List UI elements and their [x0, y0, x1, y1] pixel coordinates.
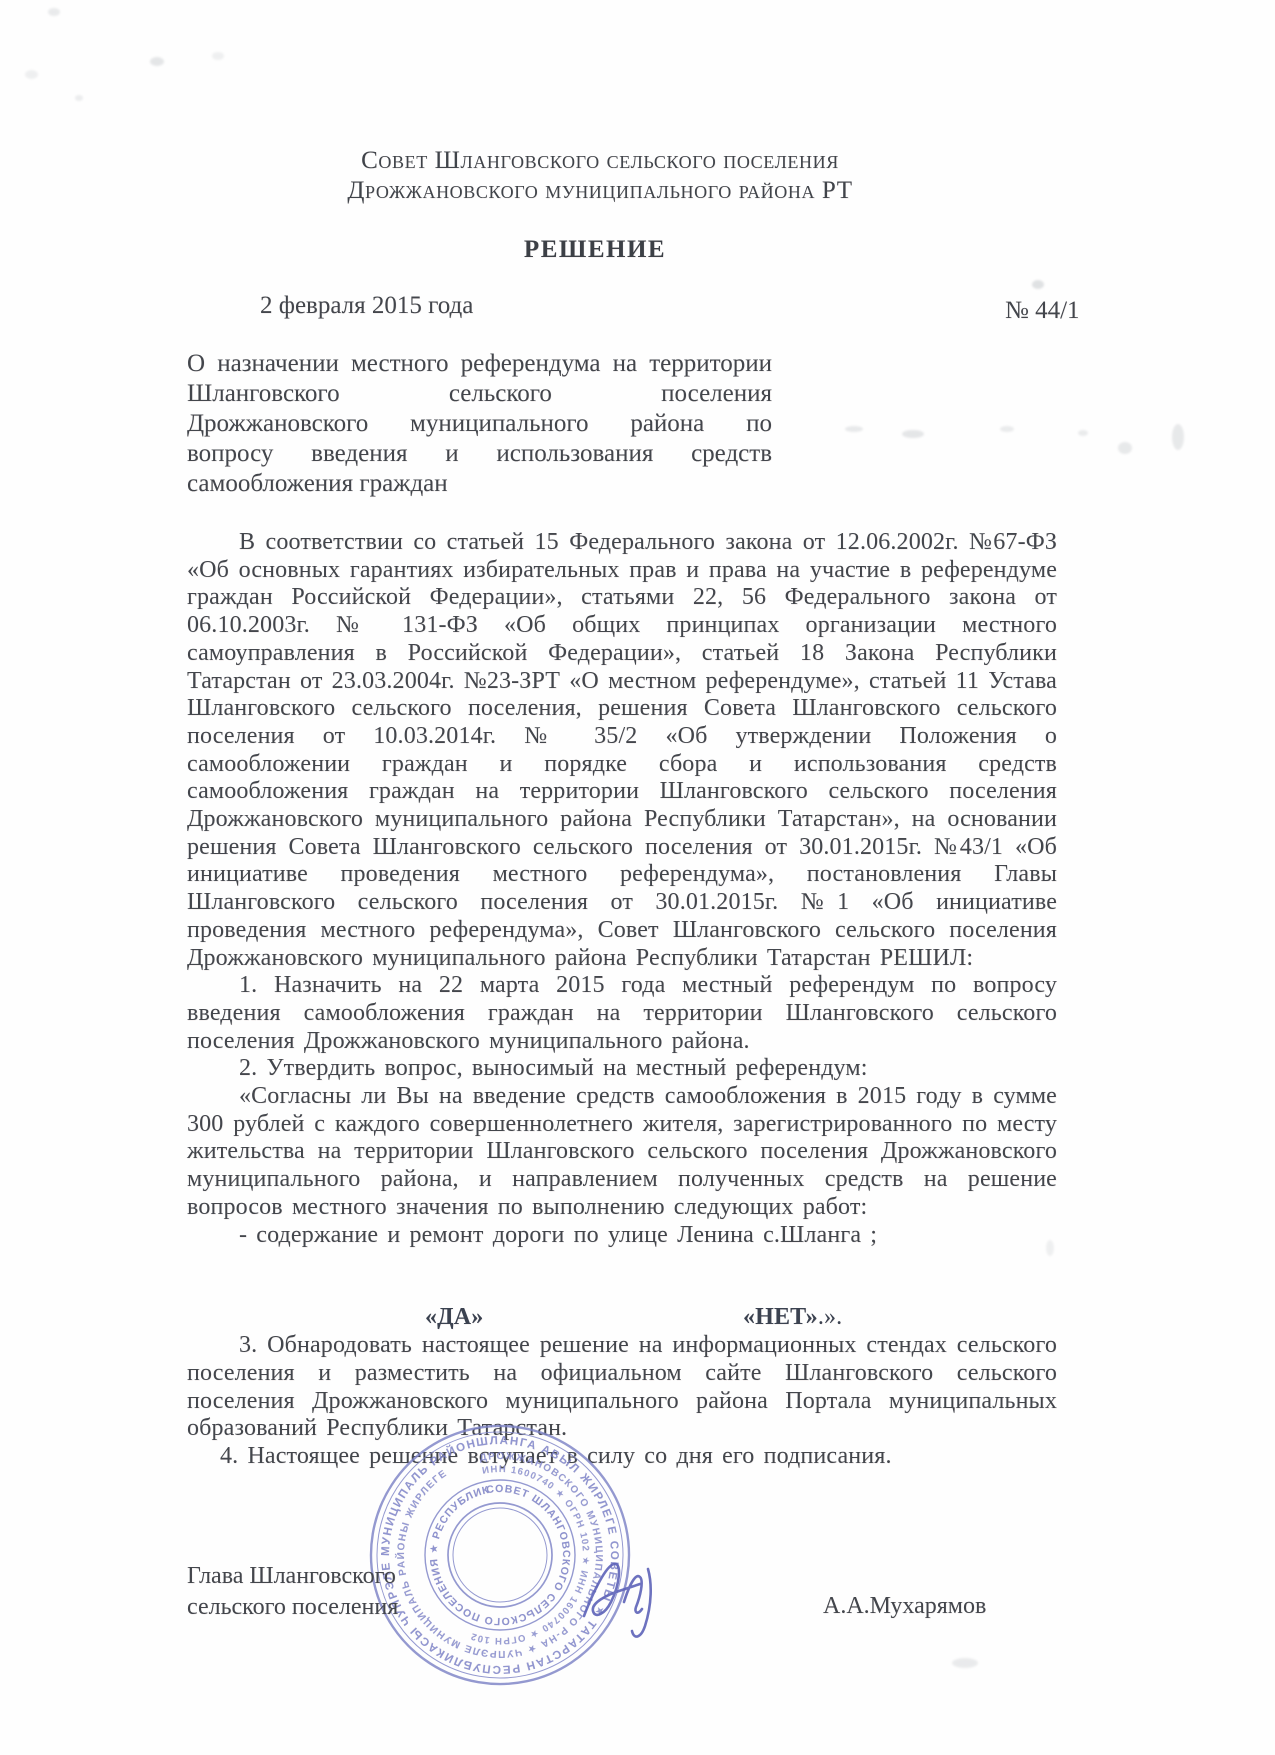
stamp-outer-border — [347, 1402, 653, 1708]
vote-yes-label: «ДА» — [425, 1304, 483, 1332]
signature-position-line2: сельского поселения — [187, 1592, 398, 1623]
document-date: 2 февраля 2015 года — [260, 292, 473, 320]
preamble-paragraph: В соответствии со статьей 15 Федеральног… — [187, 529, 1057, 972]
signature-block: Глава Шланговского сельского поселения — [187, 1561, 398, 1623]
organization-name-line1: Совет Шланговского сельского поселения — [0, 146, 1200, 176]
vote-no-label: «НЕТ».». — [743, 1304, 842, 1332]
scan-speck — [25, 70, 38, 79]
subject-line: вопросу введения и использования средств — [187, 439, 772, 469]
scan-speck — [212, 52, 224, 60]
decision-item-4: 4. Настоящее решение вступает в силу со … — [187, 1443, 1057, 1471]
scan-speck — [845, 426, 863, 432]
signature-position-line1: Глава Шланговского — [187, 1561, 398, 1592]
work-item: - содержание и ремонт дороги по улице Ле… — [187, 1222, 1057, 1250]
subject-line: Дрожжановского муниципального района по — [187, 409, 772, 439]
decision-item-3: 3. Обнародовать настоящее решение на инф… — [187, 1332, 1057, 1443]
subject-line: Шланговского сельского поселения — [187, 379, 772, 409]
signature-scribble — [578, 1556, 693, 1651]
subject-paragraph: О назначении местного референдума на тер… — [187, 349, 772, 499]
document-title: РЕШЕНИЕ — [0, 236, 1190, 264]
vote-no-suffix: .». — [818, 1304, 842, 1330]
subject-line: самообложения граждан — [187, 469, 772, 499]
scan-speck — [150, 57, 164, 66]
scan-speck — [1118, 442, 1132, 454]
scan-speck — [1046, 1240, 1054, 1256]
vote-options-row: «ДА» «НЕТ».». — [187, 1304, 1057, 1332]
referendum-question: «Согласны ли Вы на введение средств само… — [187, 1083, 1057, 1222]
scan-speck — [1000, 426, 1014, 432]
organization-name: Совет Шланговского сельского поселения Д… — [0, 146, 1200, 206]
scan-speck — [1078, 430, 1088, 436]
scan-speck — [75, 95, 83, 101]
scan-speck — [1032, 280, 1044, 289]
official-stamp: ШЛАНГА АВЫЛ ЖИРЛЕГЕ СОВЕТЫ ★ ТАТАРСТАН Р… — [343, 1398, 656, 1711]
scan-speck — [1172, 424, 1184, 450]
organization-name-line2: Дрожжановского муниципального района РТ — [0, 176, 1200, 206]
signature-name: А.А.Мухарямов — [823, 1593, 986, 1620]
scan-speck — [902, 430, 924, 438]
scanned-document-page: Совет Шланговского сельского поселения Д… — [0, 0, 1275, 1755]
decision-item-2: 2. Утвердить вопрос, выносимый на местны… — [187, 1055, 1057, 1083]
decision-item-1: 1. Назначить на 22 марта 2015 года местн… — [187, 972, 1057, 1055]
scan-speck — [952, 1658, 978, 1668]
scan-speck — [48, 8, 60, 16]
document-body: В соответствии со статьей 15 Федеральног… — [187, 529, 1057, 1471]
subject-line: О назначении местного референдума на тер… — [187, 349, 772, 379]
document-number: № 44/1 — [1005, 297, 1080, 325]
